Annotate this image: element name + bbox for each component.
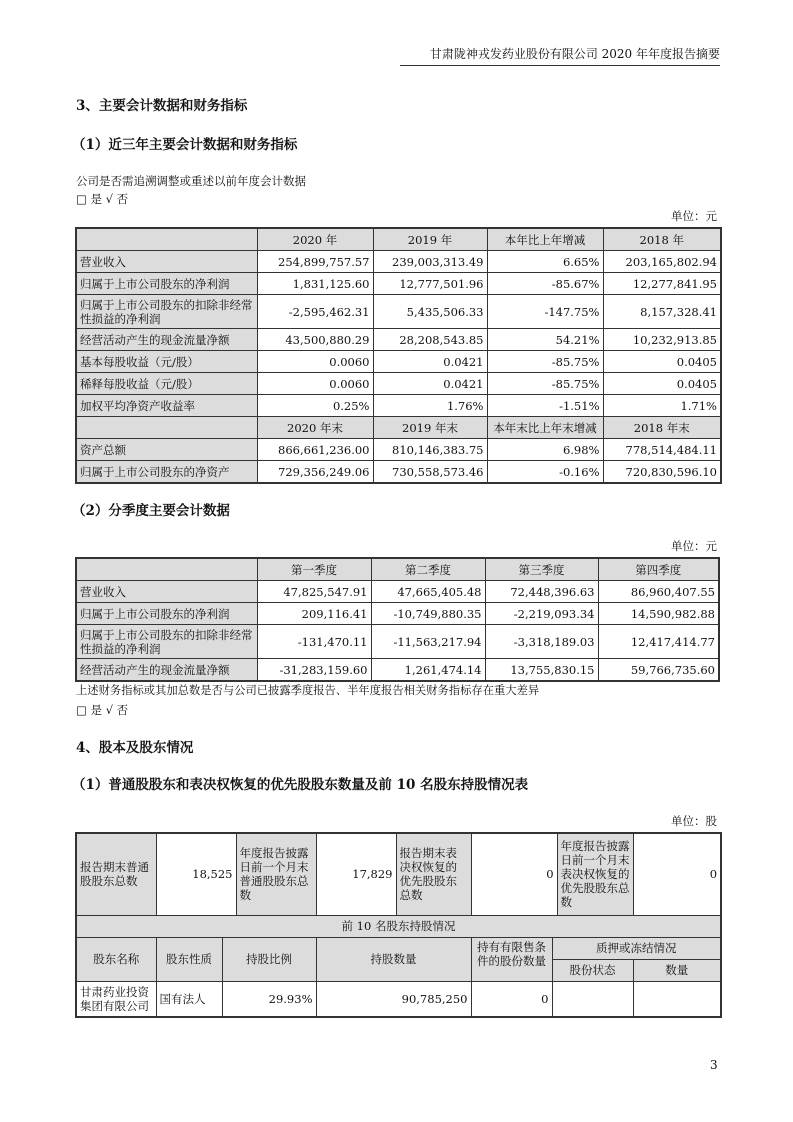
cell-value: 6.98% bbox=[487, 439, 603, 461]
cell-value: 0.0060 bbox=[257, 373, 373, 395]
document-page: 甘肃陇神戎发药业股份有限公司 2020 年年度报告摘要 3、主要会计数据和财务指… bbox=[0, 0, 793, 1122]
header-cell: 股份状态 bbox=[552, 959, 633, 981]
header-cell: 持股数量 bbox=[316, 937, 471, 981]
table-row: 归属于上市公司股东的净利润 1,831,125.60 12,777,501.96… bbox=[76, 273, 721, 295]
cell-value: 239,003,313.49 bbox=[373, 251, 487, 273]
cell-value: -2,595,462.31 bbox=[257, 295, 373, 329]
checkbox-empty-icon: □ bbox=[76, 703, 87, 717]
header-cell: 质押或冻结情况 bbox=[552, 937, 721, 959]
row-label: 归属于上市公司股东的净利润 bbox=[76, 603, 257, 625]
summary-value: 17,829 bbox=[316, 833, 396, 915]
section-3-title: 3、主要会计数据和财务指标 bbox=[76, 97, 247, 115]
header-cell: 持股比例 bbox=[222, 937, 316, 981]
table-header-row: 2020 年末 2019 年末 本年末比上年末增减 2018 年末 bbox=[76, 417, 721, 439]
summary-value: 0 bbox=[633, 833, 721, 915]
table-row: 营业收入 254,899,757.57 239,003,313.49 6.65%… bbox=[76, 251, 721, 273]
option-yes: 是 bbox=[91, 192, 103, 206]
header-cell: 2018 年 bbox=[603, 228, 721, 251]
header-cell bbox=[76, 417, 257, 439]
header-cell: 第二季度 bbox=[371, 558, 485, 581]
row-label: 归属于上市公司股东的扣除非经常性损益的净利润 bbox=[76, 625, 257, 659]
shareholders-table: 报告期末普通股股东总数 18,525 年度报告披露日前一个月末普通股股东总数 1… bbox=[75, 832, 722, 1018]
row-label: 经营活动产生的现金流量净额 bbox=[76, 659, 257, 682]
table-row: 归属于上市公司股东的净资产 729,356,249.06 730,558,573… bbox=[76, 461, 721, 484]
section-4-title: 4、股本及股东情况 bbox=[76, 739, 193, 757]
cell-value: 12,417,414.77 bbox=[598, 625, 719, 659]
checkmark-icon: √ bbox=[106, 703, 113, 717]
table-row: 甘肃药业投资集团有限公司 国有法人 29.93% 90,785,250 0 bbox=[76, 981, 721, 1017]
unit-label: 单位：股 bbox=[671, 813, 717, 829]
cell-value: -10,749,880.35 bbox=[371, 603, 485, 625]
row-label: 归属于上市公司股东的净利润 bbox=[76, 273, 257, 295]
cell-value: 1,831,125.60 bbox=[257, 273, 373, 295]
cell-value: 13,755,830.15 bbox=[485, 659, 598, 682]
cell-value: 0.0421 bbox=[373, 373, 487, 395]
header-cell: 2019 年末 bbox=[373, 417, 487, 439]
header-cell: 2019 年 bbox=[373, 228, 487, 251]
pledge-status bbox=[552, 981, 633, 1017]
table-header-row: 第一季度 第二季度 第三季度 第四季度 bbox=[76, 558, 719, 581]
cell-value: 810,146,383.75 bbox=[373, 439, 487, 461]
summary-row: 报告期末普通股股东总数 18,525 年度报告披露日前一个月末普通股股东总数 1… bbox=[76, 833, 721, 915]
table-row: 加权平均净资产收益率 0.25% 1.76% -1.51% 1.71% bbox=[76, 395, 721, 417]
row-label: 营业收入 bbox=[76, 251, 257, 273]
cell-value: -3,318,189.03 bbox=[485, 625, 598, 659]
section-3-1-title: （1）近三年主要会计数据和财务指标 bbox=[72, 136, 297, 154]
row-label: 经营活动产生的现金流量净额 bbox=[76, 329, 257, 351]
header-cell: 数量 bbox=[633, 959, 721, 981]
cell-value: -131,470.11 bbox=[257, 625, 371, 659]
cell-value: -11,563,217.94 bbox=[371, 625, 485, 659]
shareholder-name: 甘肃药业投资集团有限公司 bbox=[76, 981, 156, 1017]
table-header-row: 股东名称 股东性质 持股比例 持股数量 持有有限售条件的股份数量 质押或冻结情况 bbox=[76, 937, 721, 959]
header-cell: 股东性质 bbox=[156, 937, 222, 981]
restatement-options: □ 是 √ 否 bbox=[76, 191, 128, 207]
table-row: 基本每股收益（元/股） 0.0060 0.0421 -85.75% 0.0405 bbox=[76, 351, 721, 373]
holding-quantity: 90,785,250 bbox=[316, 981, 471, 1017]
row-label: 资产总额 bbox=[76, 439, 257, 461]
cell-value: 730,558,573.46 bbox=[373, 461, 487, 484]
header-cell: 本年比上年增减 bbox=[487, 228, 603, 251]
section-3-2-title: （2）分季度主要会计数据 bbox=[72, 502, 230, 520]
summary-label: 年度报告披露日前一个月末表决权恢复的优先股股东总数 bbox=[557, 833, 633, 915]
summary-value: 0 bbox=[471, 833, 557, 915]
cell-value: 0.25% bbox=[257, 395, 373, 417]
cell-value: 54.21% bbox=[487, 329, 603, 351]
header-cell: 本年末比上年末增减 bbox=[487, 417, 603, 439]
cell-value: 72,448,396.63 bbox=[485, 581, 598, 603]
row-label: 营业收入 bbox=[76, 581, 257, 603]
cell-value: 729,356,249.06 bbox=[257, 461, 373, 484]
cell-value: -85.75% bbox=[487, 373, 603, 395]
cell-value: 10,232,913.85 bbox=[603, 329, 721, 351]
cell-value: -31,283,159.60 bbox=[257, 659, 371, 682]
table-row: 资产总额 866,661,236.00 810,146,383.75 6.98%… bbox=[76, 439, 721, 461]
cell-value: -85.67% bbox=[487, 273, 603, 295]
table-row: 归属于上市公司股东的扣除非经常性损益的净利润 -131,470.11 -11,5… bbox=[76, 625, 719, 659]
cell-value: 59,766,735.60 bbox=[598, 659, 719, 682]
cell-value: 866,661,236.00 bbox=[257, 439, 373, 461]
top10-title-row: 前 10 名股东持股情况 bbox=[76, 915, 721, 937]
row-label: 归属于上市公司股东的净资产 bbox=[76, 461, 257, 484]
header-cell: 2020 年 bbox=[257, 228, 373, 251]
header-cell: 2018 年末 bbox=[603, 417, 721, 439]
summary-label: 年度报告披露日前一个月末普通股股东总数 bbox=[236, 833, 316, 915]
unit-label: 单位：元 bbox=[671, 538, 717, 554]
header-cell: 第三季度 bbox=[485, 558, 598, 581]
cell-value: 0.0421 bbox=[373, 351, 487, 373]
cell-value: 12,277,841.95 bbox=[603, 273, 721, 295]
row-label: 加权平均净资产收益率 bbox=[76, 395, 257, 417]
shareholder-nature: 国有法人 bbox=[156, 981, 222, 1017]
option-no: 否 bbox=[117, 192, 129, 206]
unit-label: 单位：元 bbox=[671, 208, 717, 224]
three-year-financials-table: 2020 年 2019 年 本年比上年增减 2018 年 营业收入 254,89… bbox=[75, 227, 722, 484]
row-label: 基本每股收益（元/股） bbox=[76, 351, 257, 373]
table-row: 经营活动产生的现金流量净额 43,500,880.29 28,208,543.8… bbox=[76, 329, 721, 351]
cell-value: 720,830,596.10 bbox=[603, 461, 721, 484]
cell-value: 1.76% bbox=[373, 395, 487, 417]
restricted-shares: 0 bbox=[471, 981, 552, 1017]
option-yes: 是 bbox=[91, 703, 103, 717]
holding-ratio: 29.93% bbox=[222, 981, 316, 1017]
restatement-question: 公司是否需追溯调整或重述以前年度会计数据 bbox=[76, 173, 306, 189]
cell-value: 254,899,757.57 bbox=[257, 251, 373, 273]
row-label: 归属于上市公司股东的扣除非经常性损益的净利润 bbox=[76, 295, 257, 329]
table-row: 经营活动产生的现金流量净额 -31,283,159.60 1,261,474.1… bbox=[76, 659, 719, 682]
quarterly-financials-table: 第一季度 第二季度 第三季度 第四季度 营业收入 47,825,547.91 4… bbox=[75, 557, 720, 682]
cell-value: 0.0405 bbox=[603, 351, 721, 373]
cell-value: 0.0405 bbox=[603, 373, 721, 395]
cell-value: 1,261,474.14 bbox=[371, 659, 485, 682]
cell-value: 43,500,880.29 bbox=[257, 329, 373, 351]
header-cell: 第四季度 bbox=[598, 558, 719, 581]
header-cell bbox=[76, 228, 257, 251]
header-cell: 股东名称 bbox=[76, 937, 156, 981]
page-number: 3 bbox=[710, 1058, 718, 1072]
cell-value: 12,777,501.96 bbox=[373, 273, 487, 295]
top10-title: 前 10 名股东持股情况 bbox=[76, 915, 721, 937]
table-row: 归属于上市公司股东的扣除非经常性损益的净利润 -2,595,462.31 5,4… bbox=[76, 295, 721, 329]
section-4-1-title: （1）普通股股东和表决权恢复的优先股股东数量及前 10 名股东持股情况表 bbox=[72, 776, 528, 794]
cell-value: 203,165,802.94 bbox=[603, 251, 721, 273]
cell-value: -0.16% bbox=[487, 461, 603, 484]
summary-value: 18,525 bbox=[156, 833, 236, 915]
summary-label: 报告期末表决权恢复的优先股股东总数 bbox=[396, 833, 471, 915]
cell-value: -147.75% bbox=[487, 295, 603, 329]
cell-value: 86,960,407.55 bbox=[598, 581, 719, 603]
table-row: 稀释每股收益（元/股） 0.0060 0.0421 -85.75% 0.0405 bbox=[76, 373, 721, 395]
row-label: 稀释每股收益（元/股） bbox=[76, 373, 257, 395]
cell-value: 8,157,328.41 bbox=[603, 295, 721, 329]
header-cell: 2020 年末 bbox=[257, 417, 373, 439]
header-cell: 持有有限售条件的股份数量 bbox=[471, 937, 552, 981]
summary-label: 报告期末普通股股东总数 bbox=[76, 833, 156, 915]
discrepancy-question: 上述财务指标或其加总数是否与公司已披露季度报告、半年度报告相关财务指标存在重大差… bbox=[76, 683, 539, 699]
cell-value: -85.75% bbox=[487, 351, 603, 373]
discrepancy-options: □ 是 √ 否 bbox=[76, 702, 128, 718]
cell-value: 28,208,543.85 bbox=[373, 329, 487, 351]
header-cell: 第一季度 bbox=[257, 558, 371, 581]
cell-value: 209,116.41 bbox=[257, 603, 371, 625]
cell-value: 5,435,506.33 bbox=[373, 295, 487, 329]
table-row: 归属于上市公司股东的净利润 209,116.41 -10,749,880.35 … bbox=[76, 603, 719, 625]
cell-value: 0.0060 bbox=[257, 351, 373, 373]
table-row: 营业收入 47,825,547.91 47,665,405.48 72,448,… bbox=[76, 581, 719, 603]
cell-value: 1.71% bbox=[603, 395, 721, 417]
cell-value: -2,219,093.34 bbox=[485, 603, 598, 625]
checkbox-empty-icon: □ bbox=[76, 192, 87, 206]
header-cell bbox=[76, 558, 257, 581]
cell-value: -1.51% bbox=[487, 395, 603, 417]
cell-value: 778,514,484.11 bbox=[603, 439, 721, 461]
cell-value: 47,665,405.48 bbox=[371, 581, 485, 603]
cell-value: 6.65% bbox=[487, 251, 603, 273]
checkmark-icon: √ bbox=[106, 192, 113, 206]
option-no: 否 bbox=[117, 703, 129, 717]
running-header: 甘肃陇神戎发药业股份有限公司 2020 年年度报告摘要 bbox=[400, 46, 720, 66]
cell-value: 14,590,982.88 bbox=[598, 603, 719, 625]
cell-value: 47,825,547.91 bbox=[257, 581, 371, 603]
table-header-row: 2020 年 2019 年 本年比上年增减 2018 年 bbox=[76, 228, 721, 251]
pledge-quantity bbox=[633, 981, 721, 1017]
